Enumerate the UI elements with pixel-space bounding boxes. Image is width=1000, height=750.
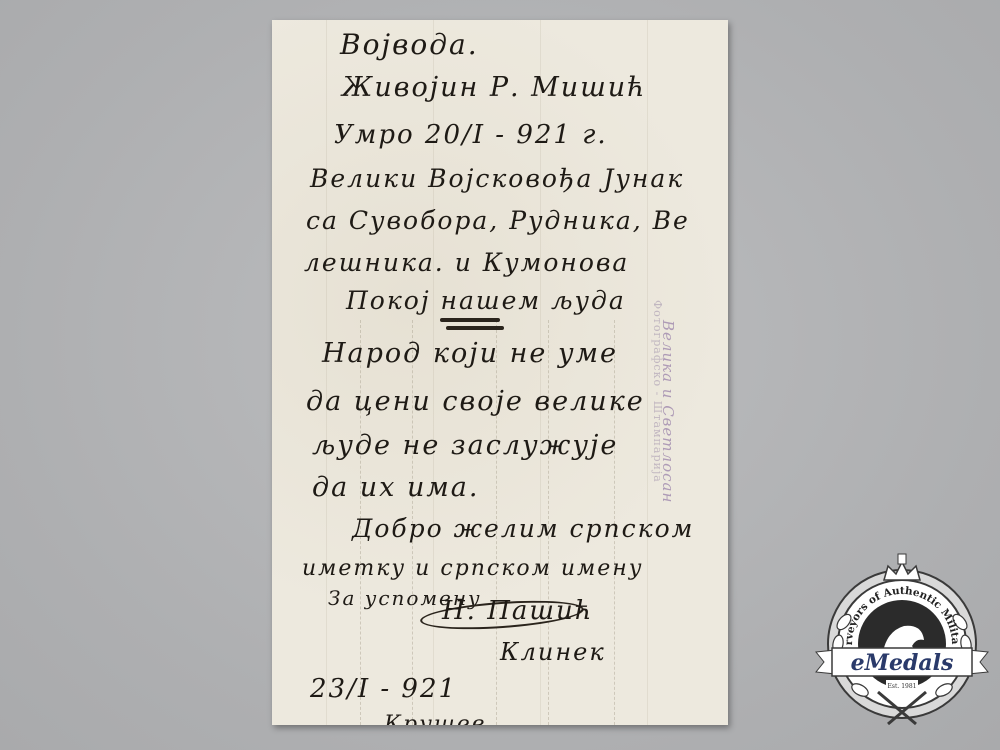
brand-text: eMedals	[851, 650, 954, 676]
place: Крушев.	[384, 712, 496, 725]
date: 23/I - 921	[310, 674, 457, 704]
signature: Н. Пашић	[442, 596, 594, 626]
emedals-watermark-logo: Purveyors of Authentic Militaria eMedals…	[812, 552, 992, 732]
line-12: Добро желим српском	[352, 514, 694, 543]
signature-line-2: Клинек	[500, 638, 606, 666]
line-5: са Сувобора, Рудника, Ве	[306, 206, 690, 235]
line-7: Покој нашем људа	[346, 286, 626, 315]
line-10: људе не заслужује	[312, 430, 618, 461]
line-4: Велики Војсковођа Јунак	[310, 164, 684, 193]
line-1: Војвода.	[340, 28, 479, 61]
letter-card: Војвода. Живојин Р. Мишић Умро 20/I - 92…	[272, 20, 728, 725]
underline-1	[440, 318, 500, 322]
line-6: лешника. и Кумонова	[304, 248, 629, 277]
line-9: да цени своје велике	[306, 386, 645, 417]
line-8: Народ који не уме	[322, 338, 618, 369]
underline-2	[446, 326, 504, 330]
emedals-badge-icon: Purveyors of Authentic Militaria eMedals…	[812, 552, 992, 732]
line-2: Живојин Р. Мишић	[342, 72, 647, 103]
line-3: Умро 20/I - 921 г.	[334, 120, 608, 150]
established-text: Est. 1981	[888, 683, 917, 690]
purple-stamp-secondary: Фотографско - Штампарија	[651, 300, 664, 483]
line-11: да их има.	[312, 472, 479, 503]
line-13: иметку и српском имену	[302, 556, 644, 581]
